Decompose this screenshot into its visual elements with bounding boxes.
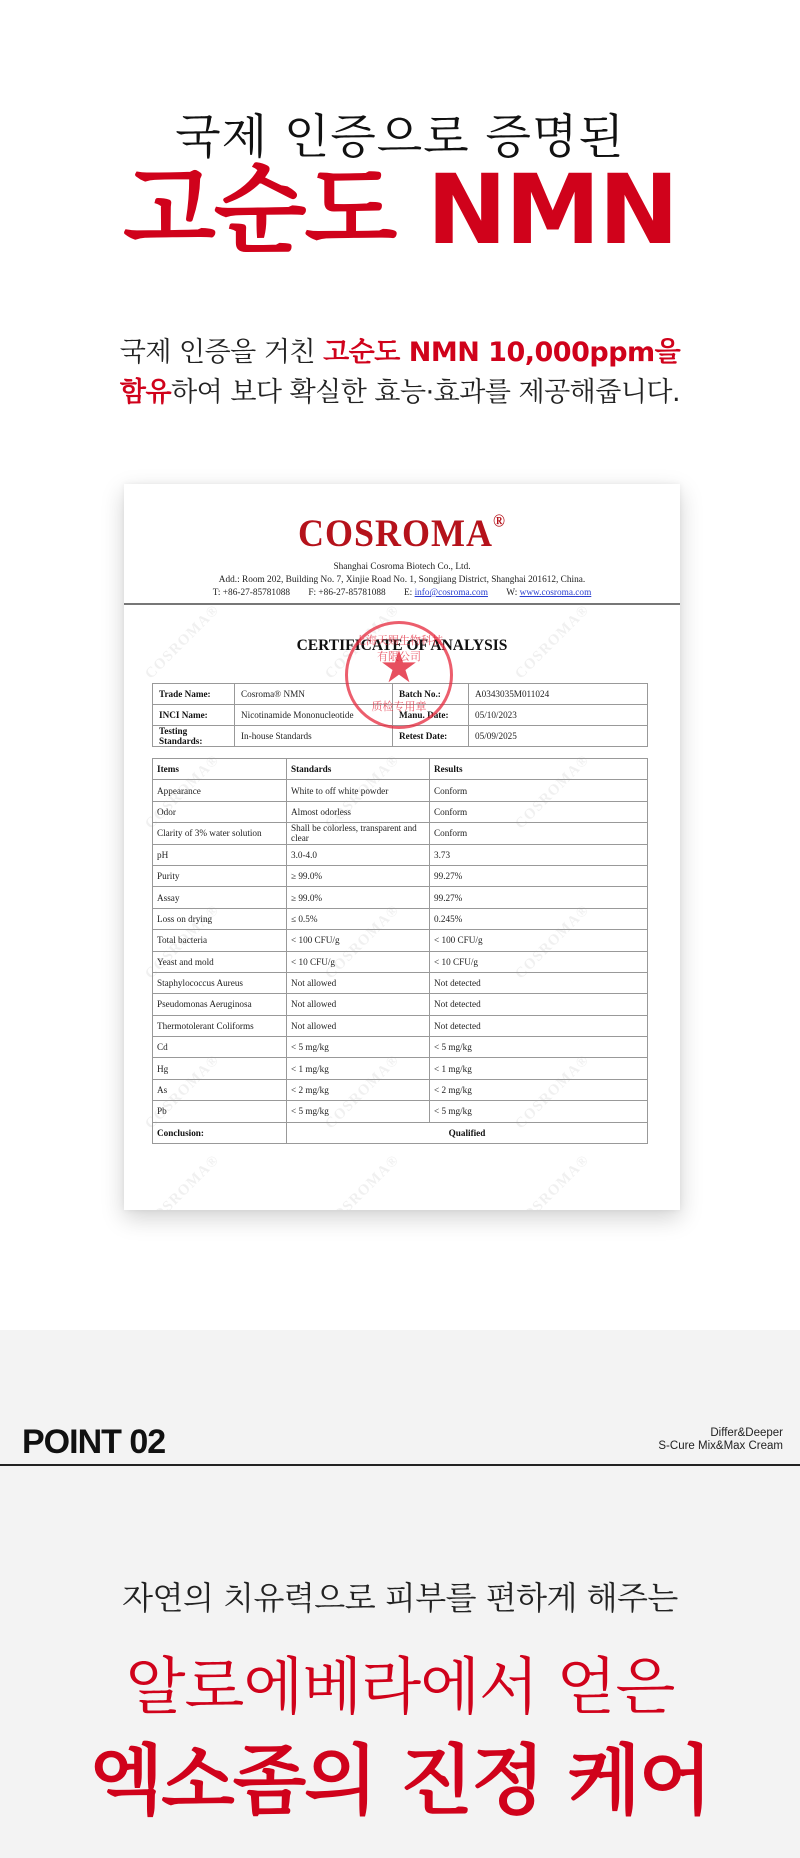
item-cell: Purity (153, 865, 287, 886)
info-label: Trade Name: (153, 684, 235, 705)
table-row: Purity≥ 99.0%99.27% (153, 865, 648, 886)
standard-cell: ≥ 99.0% (287, 887, 430, 908)
item-cell: As (153, 1079, 287, 1100)
info-value: 05/09/2025 (469, 726, 648, 747)
result-cell: Conform (430, 823, 648, 844)
conclusion-value: Qualified (287, 1122, 648, 1143)
table-row: Yeast and mold< 10 CFU/g< 10 CFU/g (153, 951, 648, 972)
description-plain-2: 하여 보다 확실한 효능·효과를 제공해줍니다. (171, 377, 680, 408)
standard-cell: < 10 CFU/g (287, 951, 430, 972)
item-cell: Clarity of 3% water solution (153, 823, 287, 844)
certificate-document: COSROMA®COSROMA®COSROMA®COSROMA®COSROMA®… (124, 484, 680, 1210)
item-cell: Pb (153, 1101, 287, 1122)
result-cell: Conform (430, 780, 648, 801)
item-cell: Assay (153, 887, 287, 908)
item-cell: Total bacteria (153, 930, 287, 951)
item-cell: Hg (153, 1058, 287, 1079)
standard-cell: < 1 mg/kg (287, 1058, 430, 1079)
point-title-line-2: 엑소좀의 진정 케어 (0, 1720, 800, 1829)
result-cell: 0.245% (430, 908, 648, 929)
standard-cell: < 2 mg/kg (287, 1079, 430, 1100)
column-header: Results (430, 759, 648, 780)
result-cell: < 1 mg/kg (430, 1058, 648, 1079)
company-address: Add.: Room 202, Building No. 7, Xinjie R… (124, 575, 680, 585)
standard-cell: Not allowed (287, 994, 430, 1015)
info-value: 05/10/2023 (469, 705, 648, 726)
table-row: Thermotolerant ColiformsNot allowedNot d… (153, 1015, 648, 1036)
company-name: Shanghai Cosroma Biotech Co., Ltd. (124, 562, 680, 572)
nmn-section: 국제 인증으로 증명된 고순도 NMN 국제 인증을 거친 고순도 NMN 10… (0, 0, 800, 1330)
standard-cell: < 5 mg/kg (287, 1037, 430, 1058)
point-subtitle: 자연의 치유력으로 피부를 편하게 해주는 (0, 1573, 800, 1619)
standard-cell: < 100 CFU/g (287, 930, 430, 951)
table-header-row: ItemsStandardsResults (153, 759, 648, 780)
standard-cell: Almost odorless (287, 801, 430, 822)
info-label: INCI Name: (153, 705, 235, 726)
result-cell: < 5 mg/kg (430, 1101, 648, 1122)
conclusion-label: Conclusion: (153, 1122, 287, 1143)
fax: F: +86-27-85781088 (308, 588, 385, 598)
table-row: Total bacteria< 100 CFU/g< 100 CFU/g (153, 930, 648, 951)
email-wrap: E: info@cosroma.com (404, 588, 488, 598)
table-row: Staphylococcus AureusNot allowedNot dete… (153, 972, 648, 993)
result-cell: < 5 mg/kg (430, 1037, 648, 1058)
result-cell: 3.73 (430, 844, 648, 865)
item-cell: Odor (153, 801, 287, 822)
result-cell: 99.27% (430, 887, 648, 908)
headline-main: 고순도 NMN (0, 158, 800, 264)
standard-cell: ≥ 99.0% (287, 865, 430, 886)
brand-tagline: Differ&Deeper S-Cure Mix&Max Cream (658, 1427, 783, 1453)
standard-cell: Not allowed (287, 972, 430, 993)
table-row: Hg< 1 mg/kg< 1 mg/kg (153, 1058, 648, 1079)
result-cell: Not detected (430, 994, 648, 1015)
standard-cell: Not allowed (287, 1015, 430, 1036)
result-cell: < 10 CFU/g (430, 951, 648, 972)
watermark: COSROMA® (142, 1152, 223, 1210)
table-row: As< 2 mg/kg< 2 mg/kg (153, 1079, 648, 1100)
info-label: Testing Standards: (153, 726, 235, 747)
brand-line-1: Differ&Deeper (658, 1427, 783, 1440)
item-cell: Staphylococcus Aureus (153, 972, 287, 993)
description-plain-1: 국제 인증을 거친 (120, 337, 323, 368)
brand-line-2: S-Cure Mix&Max Cream (658, 1440, 783, 1453)
table-row: Cd< 5 mg/kg< 5 mg/kg (153, 1037, 648, 1058)
item-cell: Thermotolerant Coliforms (153, 1015, 287, 1036)
result-cell: Not detected (430, 972, 648, 993)
table-row: Clarity of 3% water solutionShall be col… (153, 823, 648, 844)
table-row: AppearanceWhite to off white powderConfo… (153, 780, 648, 801)
email-link[interactable]: info@cosroma.com (415, 588, 488, 598)
result-cell: Conform (430, 801, 648, 822)
column-header: Standards (287, 759, 430, 780)
website-link[interactable]: www.cosroma.com (520, 588, 592, 598)
web-wrap: W: www.cosroma.com (506, 588, 591, 598)
analysis-results-table: ItemsStandardsResults AppearanceWhite to… (152, 758, 648, 1144)
certificate-brand-logo: COSROMA® (124, 510, 680, 556)
standard-cell: ≤ 0.5% (287, 908, 430, 929)
item-cell: Pseudomonas Aeruginosa (153, 994, 287, 1015)
header-divider (124, 603, 680, 605)
point-title-line-1: 알로에베라에서 얻은 (0, 1637, 800, 1726)
point-label: POINT 02 (22, 1423, 165, 1462)
item-cell: Yeast and mold (153, 951, 287, 972)
section-divider (0, 1464, 800, 1466)
standard-cell: 3.0-4.0 (287, 844, 430, 865)
table-row: OdorAlmost odorlessConform (153, 801, 648, 822)
result-cell: Not detected (430, 1015, 648, 1036)
table-row: pH3.0-4.03.73 (153, 844, 648, 865)
stamp-bottom-text: 质检专用章 (348, 698, 450, 714)
info-value: In-house Standards (235, 726, 393, 747)
watermark: COSROMA® (322, 1152, 403, 1210)
table-row: Pseudomonas AeruginosaNot allowedNot det… (153, 994, 648, 1015)
standard-cell: Shall be colorless, transparent and clea… (287, 823, 430, 844)
result-cell: < 100 CFU/g (430, 930, 648, 951)
watermark: COSROMA® (512, 1152, 593, 1210)
info-value: A0343035M011024 (469, 684, 648, 705)
item-cell: Appearance (153, 780, 287, 801)
standard-cell: < 5 mg/kg (287, 1101, 430, 1122)
conclusion-row: Conclusion:Qualified (153, 1122, 648, 1143)
result-cell: 99.27% (430, 865, 648, 886)
star-icon: ★ (348, 646, 450, 690)
description: 국제 인증을 거친 고순도 NMN 10,000ppm을 함유하여 보다 확실한… (0, 333, 800, 413)
item-cell: Loss on drying (153, 908, 287, 929)
table-row: Pb< 5 mg/kg< 5 mg/kg (153, 1101, 648, 1122)
company-seal-stamp: 上海天赐生物科技有限公司 ★ 质检专用章 (345, 621, 453, 729)
result-cell: < 2 mg/kg (430, 1079, 648, 1100)
table-row: Assay≥ 99.0%99.27% (153, 887, 648, 908)
item-cell: pH (153, 844, 287, 865)
company-contacts: T: +86-27-85781088 F: +86-27-85781088 E:… (124, 588, 680, 598)
description-highlight-2: 함유 (120, 377, 171, 408)
phone: T: +86-27-85781088 (213, 588, 290, 598)
standard-cell: White to off white powder (287, 780, 430, 801)
column-header: Items (153, 759, 287, 780)
table-row: Loss on drying≤ 0.5%0.245% (153, 908, 648, 929)
point-02-section: POINT 02 Differ&Deeper S-Cure Mix&Max Cr… (0, 1330, 800, 1858)
description-highlight-1: 고순도 NMN 10,000ppm을 (323, 337, 680, 368)
item-cell: Cd (153, 1037, 287, 1058)
